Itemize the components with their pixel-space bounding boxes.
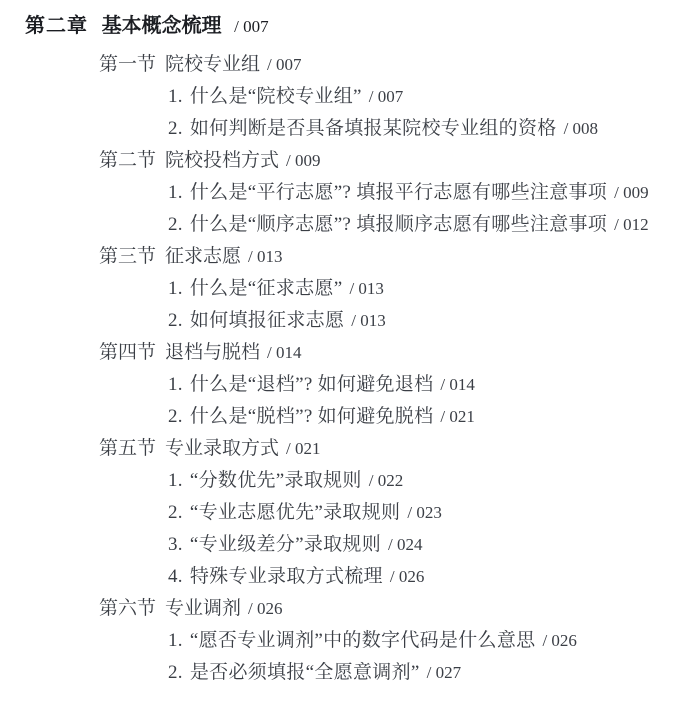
item-number: 2. — [168, 214, 183, 235]
toc-item-entry: 2.“专业志愿优先”录取规则/ 023 — [25, 497, 692, 529]
item-page-ref: / 014 — [440, 375, 474, 394]
item-page-ref: / 023 — [407, 503, 441, 522]
section-title: 院校投档方式 — [165, 150, 279, 171]
section-label: 第一节 — [99, 54, 156, 75]
page-separator: / — [369, 87, 374, 106]
item-number: 1. — [168, 278, 183, 299]
toc-item-entry: 2.什么是“顺序志愿”? 填报顺序志愿有哪些注意事项/ 012 — [25, 209, 692, 241]
item-number: 1. — [168, 374, 183, 395]
section-title: 专业调剂 — [165, 598, 241, 619]
item-page-ref: / 013 — [349, 279, 383, 298]
item-text: 什么是“院校专业组” — [190, 86, 362, 107]
item-page-ref: / 024 — [388, 535, 422, 554]
chapter-title: 基本概念梳理 — [102, 15, 222, 37]
chapter-label: 第二章 — [25, 15, 88, 37]
page-separator: / — [286, 151, 291, 170]
page-number: 012 — [623, 215, 649, 234]
chapter-page-number: 007 — [243, 17, 269, 36]
page-separator: / — [286, 439, 291, 458]
section-title: 征求志愿 — [165, 246, 241, 267]
toc-item-entry: 1.什么是“平行志愿”? 填报平行志愿有哪些注意事项/ 009 — [25, 177, 692, 209]
item-text: 特殊专业录取方式梳理 — [190, 566, 383, 587]
item-number: 2. — [168, 310, 183, 331]
toc-chapter-entry: 第二章 基本概念梳理 / 007 — [25, 11, 692, 41]
page-separator: / — [564, 119, 569, 138]
page-separator: / — [369, 471, 374, 490]
item-number: 2. — [168, 502, 183, 523]
toc-item-entry: 1.“愿否专业调剂”中的数字代码是什么意思/ 026 — [25, 625, 692, 657]
page-number: 007 — [378, 87, 404, 106]
toc-section-entry: 第三节征求志愿/ 013 — [25, 241, 692, 273]
section-page-ref: / 013 — [248, 247, 282, 266]
item-text: 如何判断是否具备填报某院校专业组的资格 — [190, 118, 557, 139]
page-separator: / — [248, 599, 253, 618]
page-number: 027 — [436, 663, 462, 682]
section-label: 第五节 — [99, 438, 156, 459]
item-page-ref: / 009 — [614, 183, 648, 202]
page-separator: / — [440, 375, 445, 394]
page-number: 014 — [276, 343, 302, 362]
item-text: “专业级差分”录取规则 — [190, 534, 381, 555]
toc-section-entry: 第五节专业录取方式/ 021 — [25, 433, 692, 465]
page-separator: / — [390, 567, 395, 586]
toc-item-entry: 1.什么是“退档”? 如何避免退档/ 014 — [25, 369, 692, 401]
page-number: 007 — [276, 55, 302, 74]
page-separator: / — [388, 535, 393, 554]
page-number: 013 — [360, 311, 386, 330]
item-text: 什么是“顺序志愿”? 填报顺序志愿有哪些注意事项 — [190, 214, 607, 235]
page-separator: / — [351, 311, 356, 330]
section-label: 第四节 — [99, 342, 156, 363]
item-number: 1. — [168, 182, 183, 203]
item-text: 什么是“征求志愿” — [190, 278, 343, 299]
item-number: 1. — [168, 86, 183, 107]
section-label: 第六节 — [99, 598, 156, 619]
page-separator: / — [267, 343, 272, 362]
item-text: 什么是“脱档”? 如何避免脱档 — [190, 406, 434, 427]
page-separator: / — [407, 503, 412, 522]
page-number: 009 — [295, 151, 321, 170]
section-title: 专业录取方式 — [165, 438, 279, 459]
item-text: “愿否专业调剂”中的数字代码是什么意思 — [190, 630, 536, 651]
toc-item-entry: 3.“专业级差分”录取规则/ 024 — [25, 529, 692, 561]
item-page-ref: / 008 — [564, 119, 598, 138]
section-page-ref: / 021 — [286, 439, 320, 458]
item-page-ref: / 013 — [351, 311, 385, 330]
toc-item-entry: 1.什么是“院校专业组”/ 007 — [25, 81, 692, 113]
section-title: 退档与脱档 — [165, 342, 260, 363]
toc-section-entry: 第四节退档与脱档/ 014 — [25, 337, 692, 369]
section-label: 第三节 — [99, 246, 156, 267]
item-page-ref: / 026 — [390, 567, 424, 586]
toc-item-entry: 1.什么是“征求志愿”/ 013 — [25, 273, 692, 305]
page-number: 026 — [257, 599, 283, 618]
page-number: 013 — [257, 247, 283, 266]
item-text: 什么是“平行志愿”? 填报平行志愿有哪些注意事项 — [190, 182, 607, 203]
page-number: 013 — [358, 279, 384, 298]
item-number: 1. — [168, 470, 183, 491]
toc-section-entry: 第二节院校投档方式/ 009 — [25, 145, 692, 177]
item-number: 1. — [168, 630, 183, 651]
page-number: 024 — [397, 535, 423, 554]
item-page-ref: / 027 — [427, 663, 461, 682]
toc-item-entry: 1.“分数优先”录取规则/ 022 — [25, 465, 692, 497]
section-page-ref: / 009 — [286, 151, 320, 170]
toc-sections: 第一节院校专业组/ 0071.什么是“院校专业组”/ 0072.如何判断是否具备… — [25, 49, 692, 689]
item-number: 4. — [168, 566, 183, 587]
chapter-page-ref: / 007 — [234, 17, 268, 36]
toc-section-entry: 第一节院校专业组/ 007 — [25, 49, 692, 81]
page-number: 008 — [573, 119, 599, 138]
item-text: 什么是“退档”? 如何避免退档 — [190, 374, 434, 395]
section-page-ref: / 026 — [248, 599, 282, 618]
page-number: 014 — [449, 375, 475, 394]
page-number: 021 — [295, 439, 321, 458]
item-text: 如何填报征求志愿 — [190, 310, 344, 331]
page-number: 026 — [399, 567, 425, 586]
page-separator: / — [234, 17, 239, 36]
page-number: 009 — [623, 183, 649, 202]
item-text: 是否必须填报“全愿意调剂” — [190, 662, 420, 683]
toc-item-entry: 2.是否必须填报“全愿意调剂”/ 027 — [25, 657, 692, 689]
item-number: 2. — [168, 406, 183, 427]
section-page-ref: / 014 — [267, 343, 301, 362]
item-text: “分数优先”录取规则 — [190, 470, 362, 491]
page-separator: / — [614, 183, 619, 202]
item-number: 2. — [168, 662, 183, 683]
item-page-ref: / 021 — [440, 407, 474, 426]
item-number: 2. — [168, 118, 183, 139]
item-page-ref: / 026 — [542, 631, 576, 650]
page-separator: / — [349, 279, 354, 298]
toc-item-entry: 2.什么是“脱档”? 如何避免脱档/ 021 — [25, 401, 692, 433]
page-separator: / — [248, 247, 253, 266]
item-page-ref: / 007 — [369, 87, 403, 106]
section-page-ref: / 007 — [267, 55, 301, 74]
section-title: 院校专业组 — [165, 54, 260, 75]
toc-item-entry: 2.如何填报征求志愿/ 013 — [25, 305, 692, 337]
toc-item-entry: 2.如何判断是否具备填报某院校专业组的资格/ 008 — [25, 113, 692, 145]
toc-item-entry: 4.特殊专业录取方式梳理/ 026 — [25, 561, 692, 593]
page-separator: / — [427, 663, 432, 682]
page-number: 021 — [449, 407, 475, 426]
page-separator: / — [614, 215, 619, 234]
item-number: 3. — [168, 534, 183, 555]
page-number: 023 — [416, 503, 442, 522]
toc-page: 第二章 基本概念梳理 / 007 第一节院校专业组/ 0071.什么是“院校专业… — [0, 0, 700, 708]
page-separator: / — [267, 55, 272, 74]
page-number: 026 — [551, 631, 577, 650]
page-separator: / — [440, 407, 445, 426]
page-number: 022 — [378, 471, 404, 490]
item-page-ref: / 022 — [369, 471, 403, 490]
section-label: 第二节 — [99, 150, 156, 171]
item-page-ref: / 012 — [614, 215, 648, 234]
page-separator: / — [542, 631, 547, 650]
item-text: “专业志愿优先”录取规则 — [190, 502, 400, 523]
toc-section-entry: 第六节专业调剂/ 026 — [25, 593, 692, 625]
